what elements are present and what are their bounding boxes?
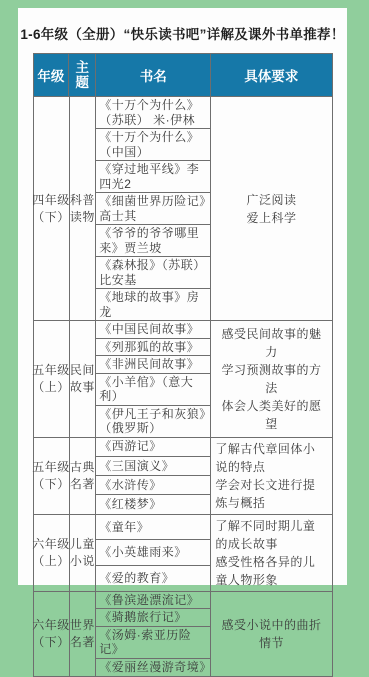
grade-cell: 四年级 （下） [34,97,70,320]
book-item: 《中国民间故事》 [96,321,210,339]
book-item: 《小羊倌》（意大利） [96,374,210,406]
book-item: 《地球的故事》房龙 [96,289,210,320]
book-item: 《小英雄雨来》 [96,540,210,566]
group-row-grade6-down: 六年级 （下） 世界 名著 《鲁滨逊漂流记》 《骑鹅旅行记》 《汤姆·索亚历险记… [34,592,332,601]
book-item: 《三国演义》 [96,457,210,476]
book-item: 《爷爷的爷爷哪里来》贾兰坡 [96,225,210,257]
book-item: 《西游记》 [96,438,210,457]
theme-cell: 古典 名著 [70,438,97,514]
table-header-row: 年级 主题 书名 具体要求 [34,54,332,97]
theme-cell: 儿童 小说 [70,515,97,591]
group-row-grade6-up: 六年级 （上） 儿童 小说 《童年》 《小英雄雨来》 《爱的教育》 了解不同时期… [34,515,332,592]
header-book: 书名 [96,54,211,96]
book-item: 《十万个为什么》（苏联） 米·伊林 [96,97,210,129]
theme-cell: 科普 读物 [70,97,97,320]
grade-cell: 五年级 （上） [34,321,70,437]
header-grade: 年级 [34,54,70,96]
book-list: 《中国民间故事》 《列那狐的故事》 《非洲民间故事》 《小羊倌》（意大利） 《伊… [96,321,211,437]
book-item: 《十万个为什么》（中国） [96,129,210,161]
theme-cell: 民间 故事 [70,321,97,437]
book-item: 《红楼梦》 [96,495,210,513]
book-item: 《水浒传》 [96,476,210,495]
group-row-grade5-down: 五年级 （下） 古典 名著 《西游记》 《三国演义》 《水浒传》 《红楼梦》 了… [34,438,332,515]
requirement-cell: 了解不同时期儿童的成长故事 感受性格各异的儿童人物形象 [211,515,331,591]
requirement-cell: 感受民间故事的魅力 学习预测故事的方法 体会人类美好的愿望 [211,321,331,437]
book-item: 《鲁滨逊漂流记》 [96,592,210,601]
book-item: 《穿过地平线》李四光2 [96,161,210,193]
grade-cell: 五年级 （下） [34,438,70,514]
book-item: 《森林报》（苏联）比安基 [96,257,210,289]
theme-cell: 世界 名著 [70,592,97,601]
book-item: 《非洲民间故事》 [96,356,210,374]
page-title: 1-6年级（全册）“快乐读书吧”详解及课外书单推荐！ [18,23,347,43]
grade-cell: 六年级 （下） [34,592,70,601]
book-item: 《爱的教育》 [96,566,210,591]
group-row-grade4-down: 四年级 （下） 科普 读物 《十万个为什么》（苏联） 米·伊林 《十万个为什么》… [34,97,332,321]
booklist-table: 年级 主题 书名 具体要求 四年级 （下） 科普 读物 《十万个为什么》（苏联）… [33,53,333,600]
header-requirement: 具体要求 [211,54,331,96]
book-list: 《鲁滨逊漂流记》 《骑鹅旅行记》 《汤姆·索亚历险记》 《爱丽丝漫游奇境》 [96,592,211,601]
book-list: 《西游记》 《三国演义》 《水浒传》 《红楼梦》 [96,438,211,514]
requirement-cell: 广泛阅读 爱上科学 [211,97,331,320]
book-item: 《列那狐的故事》 [96,339,210,357]
book-item: 《伊凡王子和灰狼》（俄罗斯） [96,406,210,437]
header-theme: 主题 [69,54,96,96]
book-list: 《十万个为什么》（苏联） 米·伊林 《十万个为什么》（中国） 《穿过地平线》李四… [96,97,211,320]
grade-cell: 六年级 （上） [34,515,70,591]
book-item: 《童年》 [96,515,210,541]
book-item: 《细菌世界历险记》高士其 [96,193,210,225]
requirement-cell: 感受小说中的曲折情节 [211,592,331,601]
requirement-cell: 了解古代章回体小说的特点 学会对长文进行提炼与概括 [211,438,331,514]
content-card: 1-6年级（全册）“快乐读书吧”详解及课外书单推荐！ 年级 主题 书名 具体要求… [18,8,347,585]
group-row-grade5-up: 五年级 （上） 民间 故事 《中国民间故事》 《列那狐的故事》 《非洲民间故事》… [34,321,332,438]
book-list: 《童年》 《小英雄雨来》 《爱的教育》 [96,515,211,591]
